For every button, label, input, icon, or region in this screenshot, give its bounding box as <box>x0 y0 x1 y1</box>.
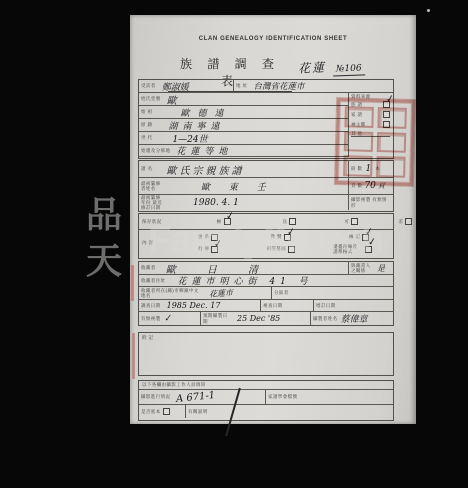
owner-cell: 收藏者 歐 日 清 <box>139 262 349 274</box>
owner-label: 收藏者 <box>141 265 156 270</box>
compiler-label: 最初纂修者姓名 <box>141 181 165 191</box>
checkmark: ✓ <box>367 236 377 248</box>
collector-info-block: 收藏者 歐 日 清 與藏書人 之關係 是 收藏者住址 花蓮市明心街 41 号 收… <box>138 261 394 326</box>
owner-address-row: 收藏者住址 花蓮市明心街 41 号 <box>139 275 393 287</box>
origin-value: 湖南寧遠 <box>168 119 224 132</box>
checkmark: ✓ <box>213 238 223 250</box>
compile-date-cell: 最初纂修年份 最近修訂日期 1980. 4. 1 <box>139 195 349 210</box>
seal-character-block <box>377 132 407 153</box>
town-label: 收藏者所在(縣)市鄉鎮中文地名 <box>141 288 203 298</box>
film-progress-row: 攝影進行情況 A 671-1 家譜學會檔號 <box>139 390 393 405</box>
archive-number-cell: 家譜學會檔號 <box>266 390 393 404</box>
copy-note-label: 攝影複製 有無情形 <box>351 197 387 207</box>
content-grave-maps-checkbox <box>288 246 295 253</box>
survey-date-value: 1985 Dec. 17 <box>167 301 221 310</box>
master-copy-row: 是否底本 有關說明 <box>139 405 393 418</box>
book-title-label: 譜 名 <box>141 166 152 171</box>
condition-option-label: 可 <box>344 219 349 224</box>
ancestor-value: 歐德遠 <box>180 106 231 119</box>
contents-label: 內 容 <box>142 240 182 245</box>
origin-row: 原 籍 湖南寧遠 <box>139 119 349 132</box>
migration-value: 花蓮等地 <box>176 144 232 157</box>
condition-row: 保存狀況 極 ✓ 良 可 差 <box>139 214 393 230</box>
red-seal-stamp <box>335 98 415 186</box>
compiler-value: 歐 東 壬 <box>201 180 274 193</box>
master-copy-checkbox <box>163 408 170 415</box>
contents-line-2: 行 傳 ✓ 祖塋墓圖 遷臺路線及 譜系格式 ✓ <box>182 243 390 255</box>
copy-check-label: 有無複製 <box>141 316 161 321</box>
address-value: 台灣省花蓮市 <box>253 80 304 92</box>
scanner-dust-speck <box>427 9 430 12</box>
town-row: 收藏者所在(縣)市鄉鎮中文地名 花蓮市 分區者 <box>139 287 393 300</box>
content-migration-route-label: 遷臺路線及 譜系格式 <box>333 244 363 254</box>
scanned-form-page: CLAN GENEALOGY IDENTIFICATION SHEET 族 譜 … <box>130 15 416 424</box>
notes-block: 附 記 <box>138 332 394 376</box>
condition-option-label: 良 <box>283 219 288 224</box>
compiler-cell: 最初纂修者姓名 歐 東 壬 <box>139 178 349 194</box>
generations-label: 世 代 <box>141 135 152 140</box>
region-annotation: 花蓮 <box>298 58 327 76</box>
survey-date-cell: 調查日期 1985 Dec. 17 <box>139 300 261 311</box>
filming-row: 有無複製 ✓ 預期攝製日期 25 Dec '85 攝製者姓名 蔡偉章 <box>139 312 393 325</box>
photographer-value: 蔡偉章 <box>341 312 368 325</box>
condition-option-label: 極 <box>217 219 222 224</box>
film-date-cell: 預期攝製日期 25 Dec '85 <box>201 312 311 325</box>
town-cell: 收藏者所在(縣)市鄉鎮中文地名 花蓮市 <box>139 287 272 299</box>
red-ink-smear <box>131 265 134 301</box>
town-value: 花蓮市 <box>209 287 234 300</box>
master-copy-cell: 是否底本 <box>139 405 186 418</box>
form-english-header: CLAN GENEALOGY IDENTIFICATION SHEET <box>130 36 416 42</box>
seal-character-block <box>344 131 374 152</box>
content-option-label: 世 系 <box>198 234 209 239</box>
content-biographies-label: 傳 記 <box>349 234 360 239</box>
office-use-block: 以下各欄由攝影工作人員填寫 攝影進行情況 A 671-1 家譜學會檔號 是否底本… <box>138 380 394 421</box>
red-ink-smear <box>132 333 135 379</box>
surname-label: 姓氏堂號 <box>141 96 161 101</box>
book-title-cell: 譜 名 歐氏宗親族譜 <box>139 161 349 177</box>
film-date-value: 25 Dec '85 <box>237 314 280 323</box>
migration-label: 始遷及分佈地 <box>141 148 170 153</box>
familysearch-cjk-logo-watermark: 品 天 <box>78 192 130 284</box>
ancestor-label: 始 祖 <box>141 109 152 114</box>
relation-label: 與藏書人 之關係 <box>351 263 371 273</box>
survey-date-label: 調查日期 <box>141 303 161 308</box>
relation-cell: 與藏書人 之關係 是 <box>349 262 393 274</box>
revision-date-cell: 增訂日期 <box>314 300 393 311</box>
condition-poor-checkbox <box>405 218 412 225</box>
content-portraits-label: 像 贊 <box>270 234 281 239</box>
relation-value: 是 <box>377 263 385 274</box>
watermark-cjk-bottom: 天 <box>78 238 130 284</box>
copy-checkmark: ✓ <box>163 313 172 324</box>
condition-option-label: 差 <box>398 219 403 224</box>
copy-check-cell: 有無複製 ✓ <box>139 312 201 325</box>
migration-row: 始遷及分佈地 花蓮等地 <box>139 145 349 157</box>
interviewee-cell: 受訪者 鄭淑媛 <box>139 80 234 92</box>
revision-date-label: 增訂日期 <box>316 303 336 308</box>
watermark-cjk-top: 品 <box>78 192 130 238</box>
film-progress-label: 攝影進行情況 <box>141 394 170 399</box>
dates-row: 調查日期 1985 Dec. 17 複查日期 增訂日期 <box>139 300 393 312</box>
sheet-number: №106 <box>333 63 365 76</box>
copy-note-cell: 攝影複製 有無情形 <box>349 195 393 210</box>
condition-content-block: 保存狀況 極 ✓ 良 可 差 內 容 <box>138 213 394 259</box>
content-records-label: 行 傳 <box>198 246 209 251</box>
seal-character-block <box>377 107 407 128</box>
remark-label: 有關說明 <box>188 409 208 414</box>
seal-character-block <box>344 106 374 127</box>
remark-cell: 有關說明 <box>186 405 393 418</box>
checkmark: ✓ <box>286 226 296 238</box>
recheck-date-cell: 複查日期 <box>261 300 314 311</box>
film-progress-cell: 攝影進行情況 A 671-1 <box>139 390 266 404</box>
notes-area: 附 記 <box>139 333 393 375</box>
condition-good-checkbox <box>289 218 296 225</box>
archive-number-label: 家譜學會檔號 <box>268 394 297 399</box>
photographer-cell: 攝製者姓名 蔡偉章 <box>311 312 393 325</box>
notes-label: 附 記 <box>142 335 153 340</box>
compile-date-value: 1980. 4. 1 <box>193 198 239 208</box>
condition-label: 保存狀況 <box>142 219 162 224</box>
origin-label: 原 籍 <box>141 122 152 127</box>
office-header: 以下各欄由攝影工作人員填寫 <box>142 382 206 387</box>
interviewee-row: 受訪者 鄭淑媛 地 址 台灣省花蓮市 <box>139 80 393 93</box>
film-date-label: 預期攝製日期 <box>203 313 231 323</box>
condition-fair-checkbox <box>351 218 358 225</box>
master-copy-label: 是否底本 <box>141 409 161 414</box>
recheck-date-label: 複查日期 <box>263 303 283 308</box>
district-label: 分區者 <box>274 290 289 295</box>
surname-value: 歐 <box>167 92 177 107</box>
seal-character-block <box>376 156 406 177</box>
seal-character-block <box>343 156 373 177</box>
interviewee-label: 受訪者 <box>141 83 156 88</box>
ancestor-row: 始 祖 歐德遠 <box>139 106 349 119</box>
book-title-value: 歐氏宗親族譜 <box>166 162 244 177</box>
contents-row: 內 容 世 系 像 贊 ✓ 傳 記 ✓ <box>139 230 393 256</box>
address-label: 地 址 <box>236 83 247 88</box>
compile-date-label: 最初纂修年份 最近修訂日期 <box>141 195 165 211</box>
content-grave-maps-label: 祖塋墓圖 <box>266 246 286 251</box>
photographer-label: 攝製者姓名 <box>313 316 338 321</box>
compile-date-row: 最初纂修年份 最近修訂日期 1980. 4. 1 攝影複製 有無情形 <box>139 195 393 210</box>
film-progress-value: A 671-1 <box>176 389 216 404</box>
generations-value: 1—24世 <box>172 132 207 145</box>
district-cell: 分區者 <box>272 287 393 299</box>
owner-address-label: 收藏者住址 <box>141 278 166 283</box>
office-header-row: 以下各欄由攝影工作人員填寫 <box>139 381 393 390</box>
checkmark: ✓ <box>225 210 235 222</box>
generations-row: 世 代 1—24世 <box>139 132 349 145</box>
owner-address-value: 花蓮市明心街 41 号 <box>178 274 313 287</box>
surname-row: 姓氏堂號 歐 <box>139 93 349 106</box>
address-cell: 地 址 台灣省花蓮市 <box>234 80 393 92</box>
